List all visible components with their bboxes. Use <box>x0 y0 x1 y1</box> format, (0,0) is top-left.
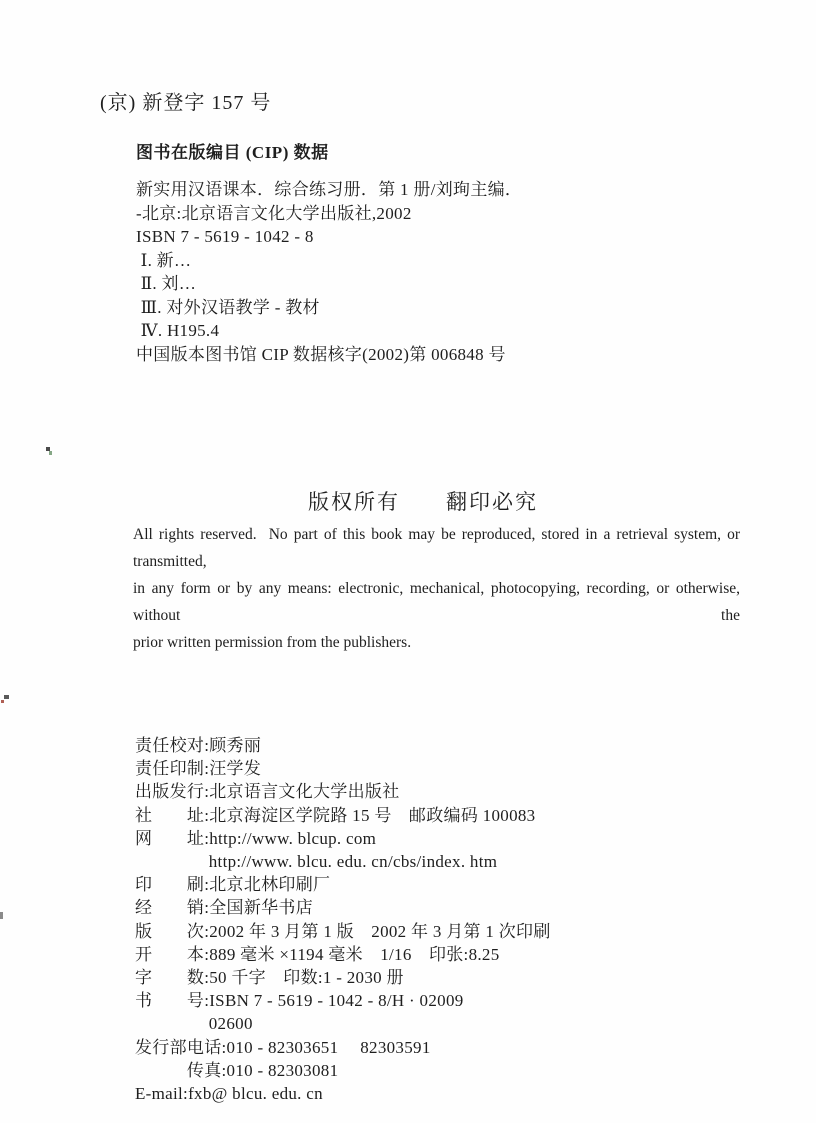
scan-speck <box>4 695 9 699</box>
cip-publisher-line: -北京:北京语言文化大学出版社,2002 <box>136 202 522 226</box>
distributor-line: 经 销:全国新华书店 <box>135 896 551 919</box>
rights-en-line: in any form or by any means: electronic,… <box>133 575 740 629</box>
publisher-line: 出版发行:北京语言文化大学出版社 <box>135 780 551 803</box>
website-line: 网 址:http://www. blcup. com <box>135 827 551 850</box>
cip-index-4: Ⅳ. H195.4 <box>136 319 522 343</box>
proofreader-line: 责任校对:顾秀丽 <box>135 734 551 757</box>
printer-line: 印 刷:北京北林印刷厂 <box>135 873 551 896</box>
print-supervisor-line: 责任印制:汪学发 <box>135 757 551 780</box>
rights-en-line: prior written permission from the publis… <box>133 629 740 656</box>
cip-data-block: 新实用汉语课本．综合练习册．第 1 册/刘珣主编． -北京:北京语言文化大学出版… <box>136 178 522 366</box>
wordcount-line: 字 数:50 千字 印数:1 - 2030 册 <box>135 966 551 989</box>
email-line: E-mail:fxb@ blcu. edu. cn <box>135 1082 551 1105</box>
scan-speck <box>0 912 3 919</box>
sales-phone-line: 发行部电话:010 - 82303651 82303591 <box>135 1036 551 1059</box>
edition-line: 版 次:2002 年 3 月第 1 版 2002 年 3 月第 1 次印刷 <box>135 920 551 943</box>
cip-record-number: 中国版本图书馆 CIP 数据核字(2002)第 006848 号 <box>136 343 522 367</box>
rights-statement-en: All rights reserved. No part of this boo… <box>133 521 740 656</box>
scan-speck <box>46 447 50 451</box>
cip-header: 图书在版编目 (CIP) 数据 <box>136 138 329 163</box>
book-number-line: 书 号:ISBN 7 - 5619 - 1042 - 8/H · 02009 <box>135 989 551 1012</box>
registration-number: (京) 新登字 157 号 <box>100 86 271 115</box>
cip-index-1: Ⅰ. 新… <box>136 249 522 273</box>
rights-en-line: All rights reserved. No part of this boo… <box>133 521 740 575</box>
cip-title-line: 新实用汉语课本．综合练习册．第 1 册/刘珣主编． <box>136 178 522 202</box>
copyright-page: (京) 新登字 157 号 图书在版编目 (CIP) 数据 新实用汉语课本．综合… <box>0 0 816 1123</box>
cip-isbn-line: ISBN 7 - 5619 - 1042 - 8 <box>136 225 522 249</box>
colophon-block: 责任校对:顾秀丽 责任印制:汪学发 出版发行:北京语言文化大学出版社 社 址:北… <box>135 734 551 1105</box>
cip-index-2: Ⅱ. 刘… <box>136 272 522 296</box>
cip-index-3: Ⅲ. 对外汉语教学 - 教材 <box>136 296 522 320</box>
website-line-2: http://www. blcu. edu. cn/cbs/index. htm <box>135 850 551 873</box>
rights-heading-cn: 版权所有 翻印必究 <box>133 486 713 516</box>
format-line: 开 本:889 毫米 ×1194 毫米 1/16 印张:8.25 <box>135 943 551 966</box>
address-line: 社 址:北京海淀区学院路 15 号 邮政编码 100083 <box>135 804 551 827</box>
fax-line: 传真:010 - 82303081 <box>135 1059 551 1082</box>
book-number-line-2: 02600 <box>135 1012 551 1035</box>
